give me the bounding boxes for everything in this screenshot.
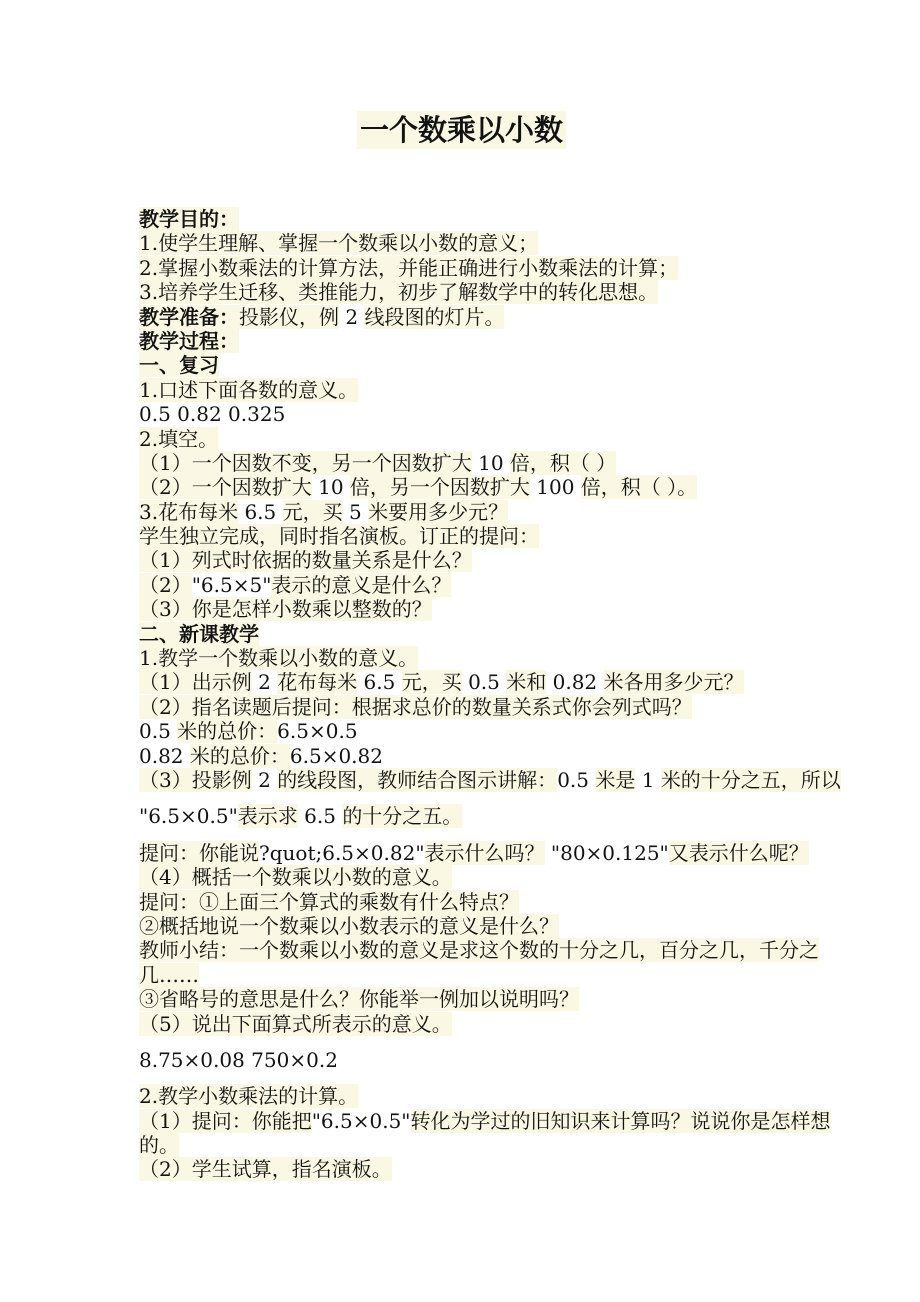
- text-line: （2）"6.5×5"表示的意义是什么？: [139, 573, 784, 597]
- text-line: 3.花布每米 6.5 元，买 5 米要用多少元？: [139, 500, 784, 524]
- text-segment: 0.5: [462, 670, 507, 694]
- paragraph: 提问：你能说?quot;6.5×0.82"表示什么吗？ "80×0.125"又表…: [139, 841, 784, 1036]
- text-line: 1.口述下面各数的意义。: [139, 378, 784, 402]
- text-line: （3）投影例 2 的线段图，教师结合图示讲解：0.5 米是 1 米的十分之五，所…: [139, 768, 784, 792]
- text-segment: （1）一个因数不变，另一个因数扩大: [139, 451, 472, 475]
- paragraph: "6.5×0.5"表示求 6.5 的十分之五。: [139, 804, 784, 828]
- text-segment: 倍，另一个因数扩大: [350, 475, 530, 499]
- text-segment: "6.5×0.5": [312, 1109, 411, 1133]
- text-segment: 10: [472, 451, 510, 475]
- text-segment: 一、复习: [139, 353, 219, 377]
- text-line: （2）指名读题后提问：根据求总价的数量关系式你会列式吗？: [139, 695, 784, 719]
- document-content: 教学目的：1.使学生理解、掌握一个数乘以小数的意义；2.掌握小数乘法的计算方法，…: [139, 207, 784, 1182]
- text-segment: 2: [252, 768, 277, 792]
- text-line: （3）你是怎样小数乘以整数的？: [139, 597, 784, 621]
- text-segment: 表示的意义是什么？: [271, 573, 451, 597]
- paragraph: 2.教学小数乘法的计算。（1）提问：你能把"6.5×0.5"转化为学过的旧知识来…: [139, 1084, 784, 1182]
- text-segment: 元，买: [402, 670, 462, 694]
- document-page: 一个数乘以小数 教学目的：1.使学生理解、掌握一个数乘以小数的意义；2.掌握小数…: [0, 0, 920, 1182]
- text-segment: 提问：你能说: [139, 841, 259, 865]
- text-segment: 米的总价：: [190, 744, 290, 768]
- text-segment: 投影仪，例: [239, 305, 339, 329]
- text-line: 二、新课教学: [139, 622, 784, 646]
- text-segment: 8.75×0.08 750×0.2: [139, 1048, 338, 1072]
- text-line: 1.使学生理解、掌握一个数乘以小数的意义；: [139, 231, 784, 255]
- text-segment: （2）指名读题后提问：根据求总价的数量关系式你会列式吗？: [139, 695, 692, 719]
- text-line: （1）提问：你能把"6.5×0.5"转化为学过的旧知识来计算吗？说说你是怎样想: [139, 1109, 784, 1133]
- text-segment: "6.5×0.5": [139, 804, 238, 828]
- text-segment: （4）概括一个数乘以小数的意义。: [139, 865, 452, 889]
- text-segment: 0.82: [139, 744, 190, 768]
- text-line: 一、复习: [139, 353, 784, 377]
- text-segment: 1: [635, 768, 660, 792]
- text-line: "6.5×0.5"表示求 6.5 的十分之五。: [139, 804, 784, 828]
- text-line: （4）概括一个数乘以小数的意义。: [139, 865, 784, 889]
- text-segment: 几……: [139, 963, 199, 987]
- text-segment: （3）投影例: [139, 768, 252, 792]
- text-segment: 的。: [139, 1133, 179, 1157]
- text-line: 2.掌握小数乘法的计算方法，并能正确进行小数乘法的计算；: [139, 256, 784, 280]
- text-segment: 6.5: [298, 804, 343, 828]
- text-segment: 米的十分之五，所以: [661, 768, 841, 792]
- text-segment: 表示什么吗？: [425, 841, 545, 865]
- text-line: 0.5 0.82 0.325: [139, 402, 784, 426]
- text-segment: 米是: [595, 768, 635, 792]
- text-segment: 二、新课教学: [139, 622, 259, 646]
- text-line: 0.5 米的总价：6.5×0.5: [139, 719, 784, 743]
- text-line: 0.82 米的总价：6.5×0.82: [139, 744, 784, 768]
- text-segment: 提问：①上面三个算式的乘数有什么特点？: [139, 890, 519, 914]
- text-segment: 倍，积（ ）: [510, 451, 616, 475]
- text-line: 1.教学一个数乘以小数的意义。: [139, 646, 784, 670]
- text-segment: 1.教学一个数乘以小数的意义。: [139, 646, 418, 670]
- text-segment: 6.5×0.82: [290, 744, 383, 768]
- text-segment: 3.培养学生迁移、类推能力，初步了解数学中的转化思想。: [139, 280, 658, 304]
- paragraph: 8.75×0.08 750×0.2: [139, 1048, 784, 1072]
- text-segment: 6.5: [238, 500, 283, 524]
- text-segment: 1.口述下面各数的意义。: [139, 378, 358, 402]
- text-segment: （1）列式时依据的数量关系是什么？: [139, 548, 472, 572]
- text-line: （1）一个因数不变，另一个因数扩大 10 倍，积（ ）: [139, 451, 784, 475]
- text-segment: 的线段图，教师结合图示讲解：: [277, 768, 557, 792]
- text-segment: 米要用多少元？: [368, 500, 508, 524]
- text-segment: （2）学生试算，指名演板。: [139, 1157, 392, 1181]
- text-segment: （1）出示例: [139, 670, 252, 694]
- text-line: 提问：你能说?quot;6.5×0.82"表示什么吗？ "80×0.125"又表…: [139, 841, 784, 865]
- text-segment: 元，买: [283, 500, 343, 524]
- text-line: 提问：①上面三个算式的乘数有什么特点？: [139, 890, 784, 914]
- text-segment: （1）提问：你能把: [139, 1109, 312, 1133]
- text-segment: 6.5×0.5: [277, 719, 357, 743]
- text-segment: ?quot;6.5×0.82": [259, 841, 425, 865]
- text-segment: （3）你是怎样小数乘以整数的？: [139, 597, 432, 621]
- text-segment: 5: [343, 500, 368, 524]
- page-title-text: 一个数乘以小数: [357, 111, 566, 149]
- text-segment: 教学准备：: [139, 305, 239, 329]
- text-segment: 0.5 0.82 0.325: [139, 402, 285, 426]
- text-line: ②概括地说一个数乘以小数表示的意义是什么？: [139, 914, 784, 938]
- text-line: （5）说出下面算式所表示的意义。: [139, 1012, 784, 1036]
- text-segment: 线段图的灯片。: [364, 305, 504, 329]
- text-segment: 学生独立完成，同时指名演板。订正的提问：: [139, 524, 539, 548]
- text-segment: 2.教学小数乘法的计算。: [139, 1084, 358, 1108]
- text-line: （2）学生试算，指名演板。: [139, 1157, 784, 1181]
- text-line: （1）列式时依据的数量关系是什么？: [139, 548, 784, 572]
- text-line: ③省略号的意思是什么？你能举一例加以说明吗？: [139, 987, 784, 1011]
- text-segment: 2.填空。: [139, 427, 218, 451]
- text-segment: 2: [339, 305, 364, 329]
- text-segment: 0.5: [557, 768, 595, 792]
- text-line: 2.教学小数乘法的计算。: [139, 1084, 784, 1108]
- text-segment: 3.花布每米: [139, 500, 238, 524]
- paragraph: 教学目的：1.使学生理解、掌握一个数乘以小数的意义；2.掌握小数乘法的计算方法，…: [139, 207, 784, 792]
- text-segment: ③省略号的意思是什么？你能举一例加以说明吗？: [139, 987, 579, 1011]
- text-line: （2）一个因数扩大 10 倍，另一个因数扩大 100 倍，积（ ）。: [139, 475, 784, 499]
- text-segment: 100: [530, 475, 581, 499]
- text-segment: 米和: [506, 670, 546, 694]
- text-segment: 10: [312, 475, 350, 499]
- text-segment: 的十分之五。: [342, 804, 462, 828]
- text-segment: 教师小结：一个数乘以小数的意义是求这个数的十分之几，百分之几，千分之: [139, 938, 819, 962]
- text-segment: 表示求: [238, 804, 298, 828]
- text-line: 教学过程：: [139, 329, 784, 353]
- text-segment: 转化为学过的旧知识来计算吗？说说你是怎样想: [411, 1109, 831, 1133]
- text-segment: （5）说出下面算式所表示的意义。: [139, 1012, 452, 1036]
- text-segment: 2: [252, 670, 277, 694]
- text-segment: 教学过程：: [139, 329, 239, 353]
- text-line: （1）出示例 2 花布每米 6.5 元，买 0.5 米和 0.82 米各用多少元…: [139, 670, 784, 694]
- text-line: 几……: [139, 963, 784, 987]
- text-segment: 米的总价：: [177, 719, 277, 743]
- text-line: 学生独立完成，同时指名演板。订正的提问：: [139, 524, 784, 548]
- text-line: 3.培养学生迁移、类推能力，初步了解数学中的转化思想。: [139, 280, 784, 304]
- text-segment: "80×0.125": [545, 841, 669, 865]
- text-line: 的。: [139, 1133, 784, 1157]
- text-segment: 倍，积（ ）。: [581, 475, 697, 499]
- text-segment: ②概括地说一个数乘以小数表示的意义是什么？: [139, 914, 559, 938]
- text-segment: "6.5×5": [192, 573, 272, 597]
- text-segment: （2）一个因数扩大: [139, 475, 312, 499]
- text-line: 教学准备：投影仪，例 2 线段图的灯片。: [139, 305, 784, 329]
- text-segment: 米各用多少元？: [604, 670, 744, 694]
- text-segment: （2）: [139, 573, 192, 597]
- text-segment: 教学目的：: [139, 207, 239, 231]
- text-segment: 2.掌握小数乘法的计算方法，并能正确进行小数乘法的计算；: [139, 256, 678, 280]
- text-segment: 0.5: [139, 719, 177, 743]
- text-line: 教师小结：一个数乘以小数的意义是求这个数的十分之几，百分之几，千分之: [139, 938, 784, 962]
- text-segment: 1.使学生理解、掌握一个数乘以小数的意义；: [139, 231, 538, 255]
- text-segment: 又表示什么呢？: [669, 841, 809, 865]
- text-segment: 6.5: [357, 670, 402, 694]
- text-line: 8.75×0.08 750×0.2: [139, 1048, 784, 1072]
- text-line: 教学目的：: [139, 207, 784, 231]
- text-segment: 花布每米: [277, 670, 357, 694]
- text-segment: 0.82: [546, 670, 603, 694]
- page-title: 一个数乘以小数: [139, 112, 784, 149]
- text-line: 2.填空。: [139, 427, 784, 451]
